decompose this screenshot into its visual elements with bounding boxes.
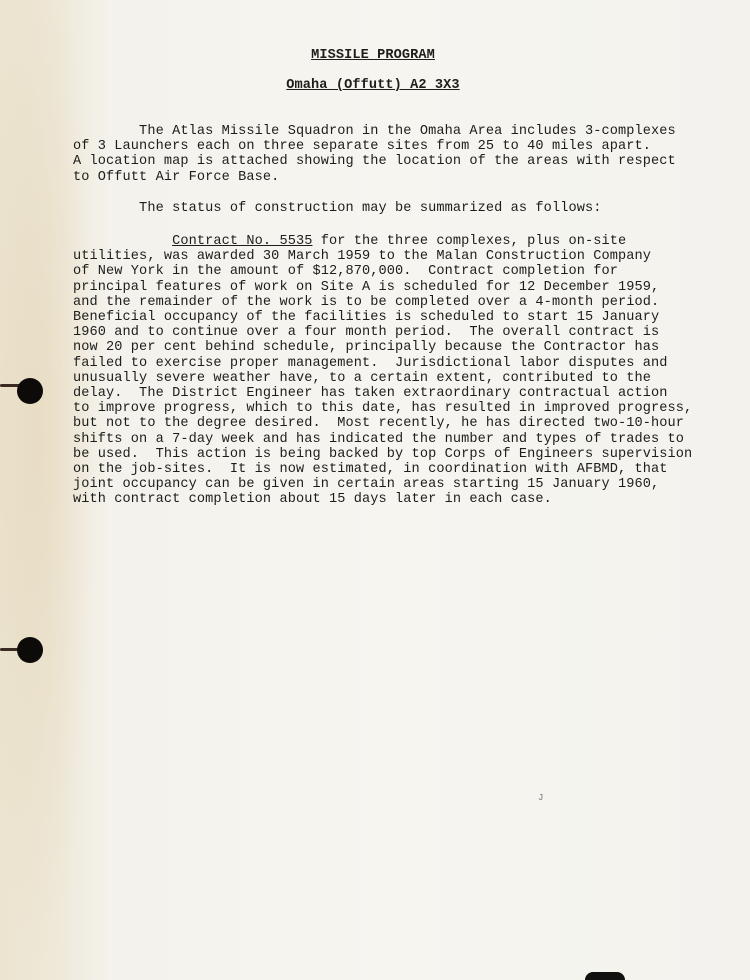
text-line: failed to exercise proper management. Ju… [73, 356, 673, 371]
scanned-page: MISSILE PROGRAM Omaha (Offutt) A2 3X3 Th… [0, 0, 750, 980]
text-line: joint occupancy can be given in certain … [73, 477, 673, 492]
text-line: be used. This action is being backed by … [73, 447, 673, 462]
contract-number: Contract No. 5535 [172, 234, 312, 249]
text-line: Contract No. 5535 for the three complexe… [73, 234, 673, 249]
paragraph-contract: Contract No. 5535 for the three complexe… [73, 234, 673, 508]
text-line: The status of construction may be summar… [73, 201, 673, 216]
text-line: A location map is attached showing the l… [73, 154, 673, 169]
text-line: Beneficial occupancy of the facilities i… [73, 310, 673, 325]
text-line: on the job-sites. It is now estimated, i… [73, 462, 673, 477]
text-line: but not to the degree desired. Most rece… [73, 416, 673, 431]
punch-hole-bottom [17, 637, 43, 663]
text-line: 1960 and to continue over a four month p… [73, 325, 673, 340]
text-line: of 3 Launchers each on three separate si… [73, 139, 673, 154]
text-line: to improve progress, which to this date,… [73, 401, 673, 416]
text-line: to Offutt Air Force Base. [73, 170, 673, 185]
indent [73, 234, 172, 249]
text-line: unusually severe weather have, to a cert… [73, 371, 673, 386]
punch-hole-top [17, 378, 43, 404]
paragraph-status-intro: The status of construction may be summar… [73, 201, 673, 216]
text-line: with contract completion about 15 days l… [73, 492, 673, 507]
paragraph-intro: The Atlas Missile Squadron in the Omaha … [73, 124, 673, 185]
text-line: delay. The District Engineer has taken e… [73, 386, 673, 401]
text-line: shifts on a 7-day week and has indicated… [73, 432, 673, 447]
text-line: principal features of work on Site A is … [73, 280, 673, 295]
binder-clip-shadow [585, 972, 625, 980]
text-run: for the three complexes, plus on-site [312, 234, 626, 249]
text-line: and the remainder of the work is to be c… [73, 295, 673, 310]
document-body: MISSILE PROGRAM Omaha (Offutt) A2 3X3 Th… [73, 48, 673, 508]
stray-pencil-mark: J [538, 793, 543, 803]
document-title: MISSILE PROGRAM [73, 48, 673, 64]
text-line: now 20 per cent behind schedule, princip… [73, 340, 673, 355]
text-line: of New York in the amount of $12,870,000… [73, 264, 673, 279]
text-line: The Atlas Missile Squadron in the Omaha … [73, 124, 673, 139]
text-line: utilities, was awarded 30 March 1959 to … [73, 249, 673, 264]
document-subtitle: Omaha (Offutt) A2 3X3 [73, 78, 673, 94]
